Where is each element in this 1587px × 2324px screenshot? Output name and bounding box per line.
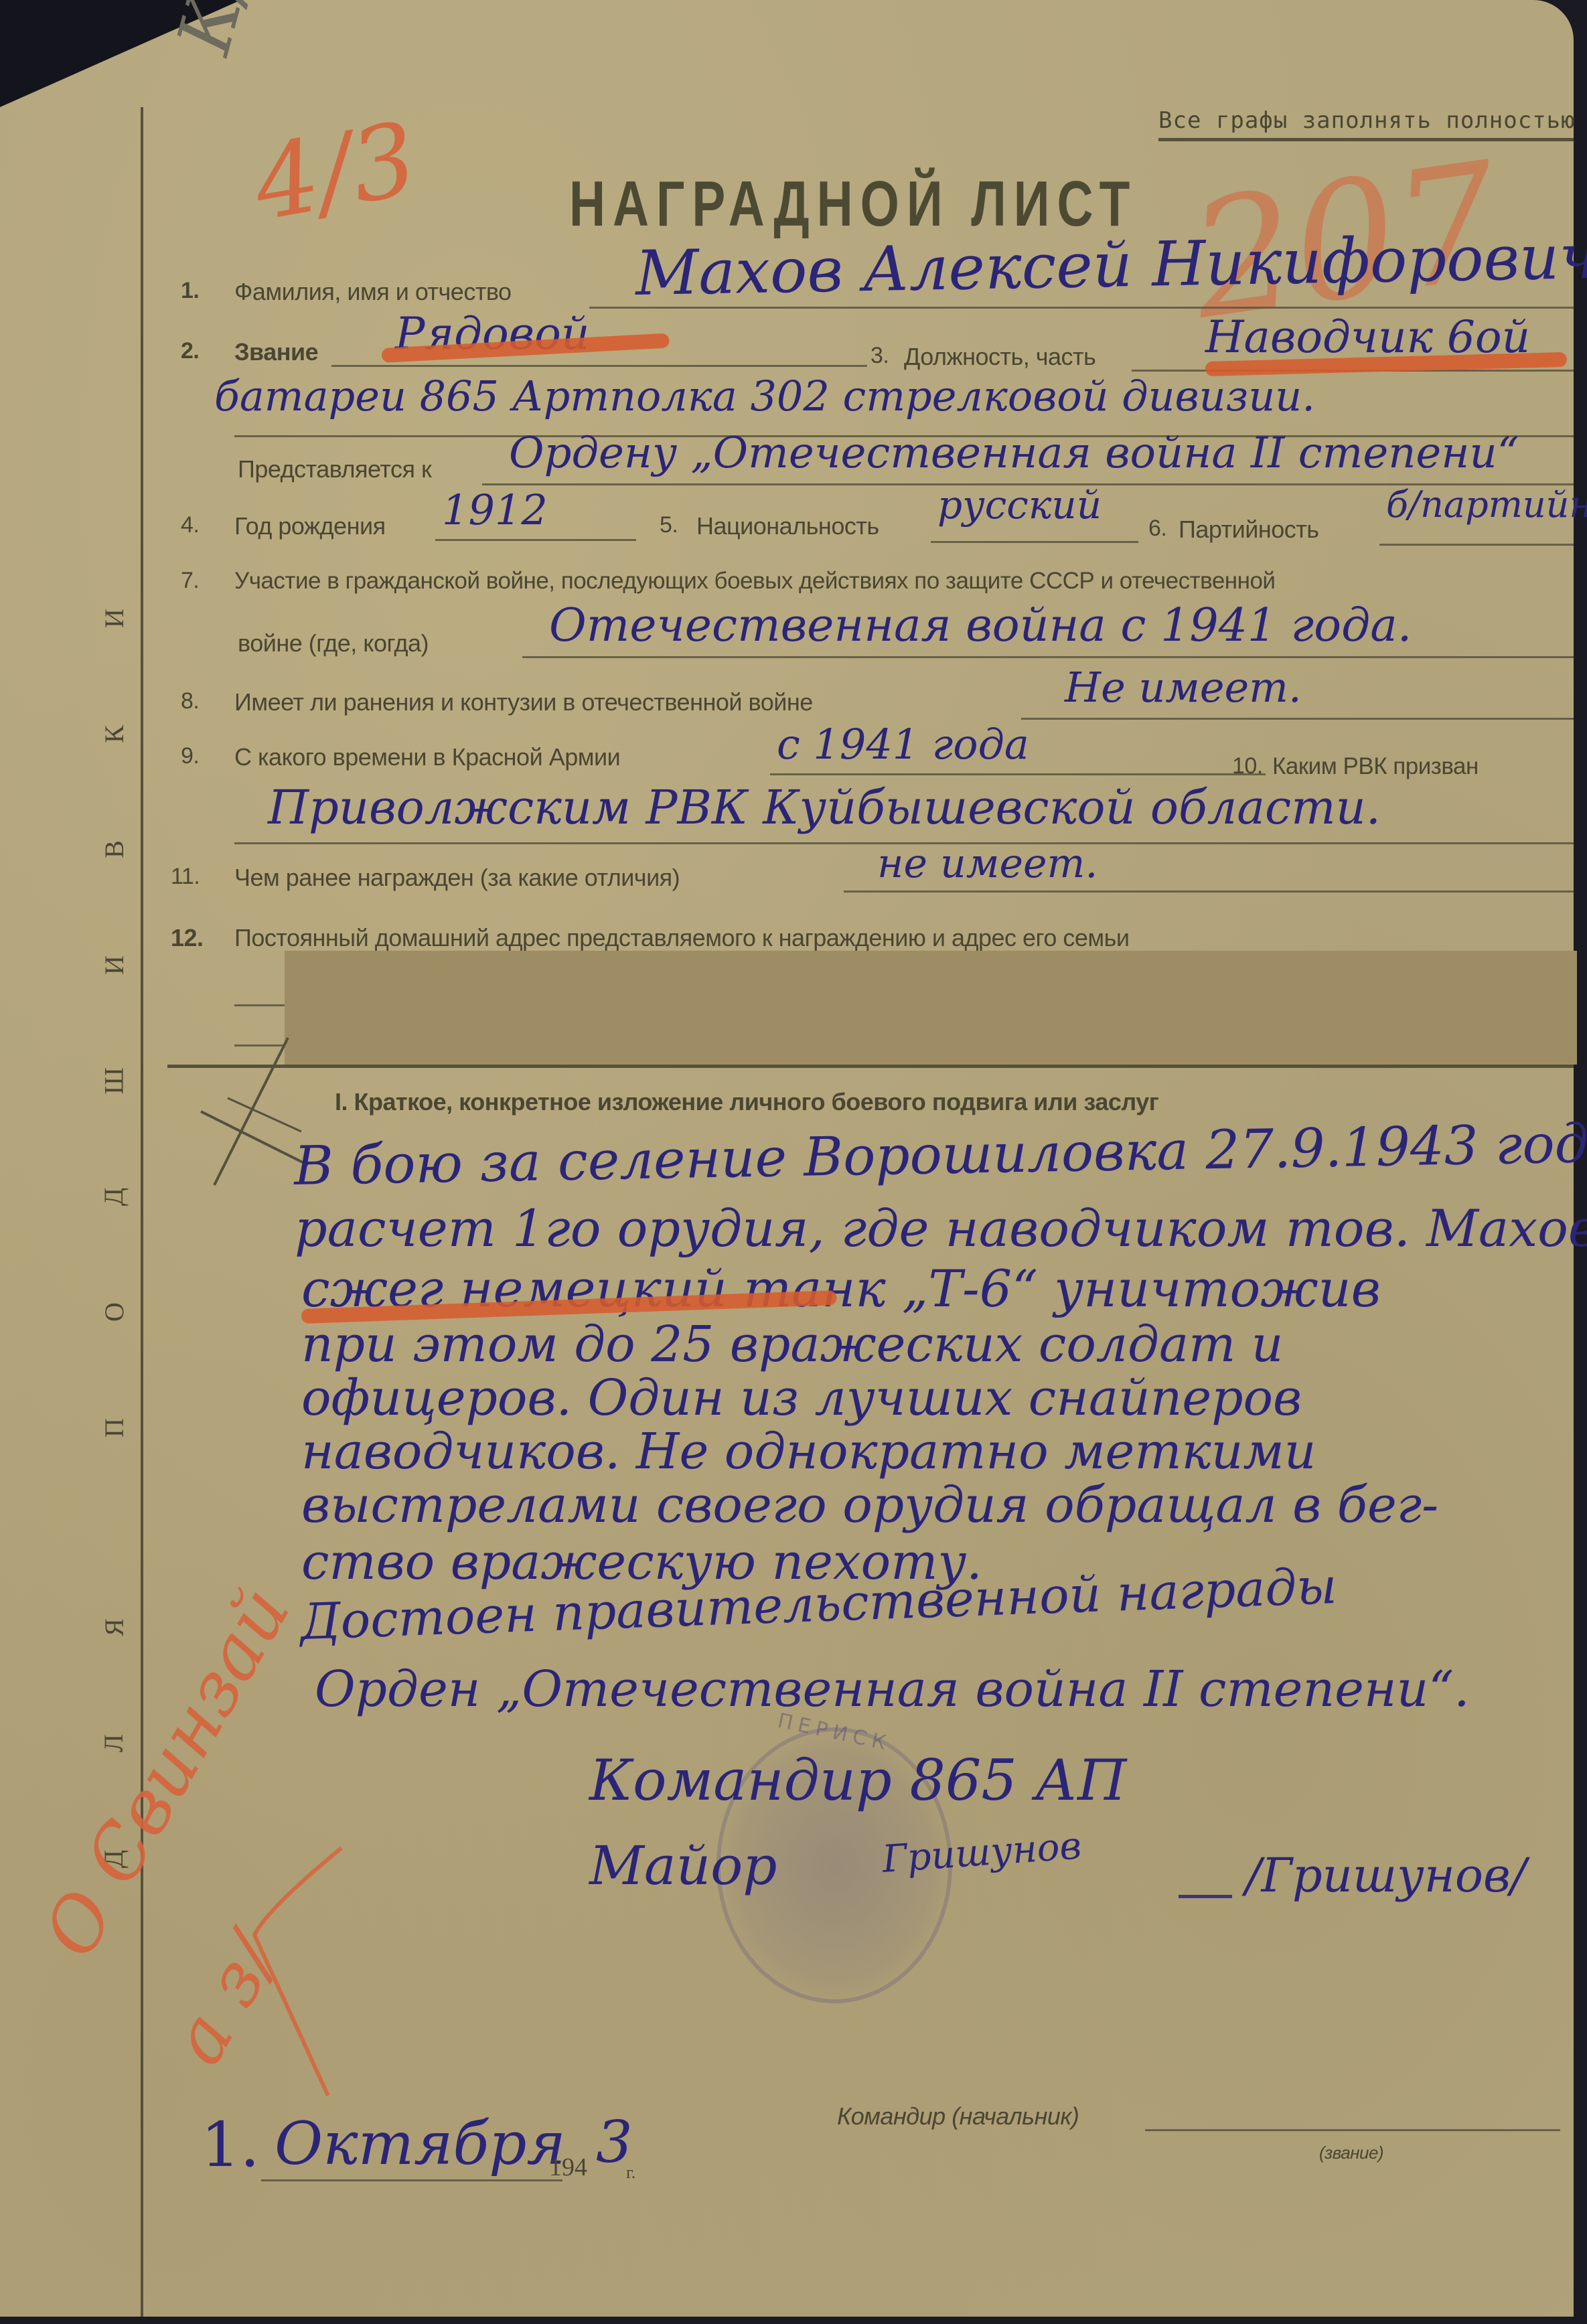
date-line xyxy=(261,2179,562,2181)
citation-line-10: Орден „Отечественная война II степени“. xyxy=(315,1660,1470,1718)
field-8-line xyxy=(1021,718,1574,720)
field-10-number: 10. xyxy=(1232,753,1263,779)
field-8-value[interactable]: Не имеет. xyxy=(1065,663,1302,712)
date-year-prefix: 194 xyxy=(549,2153,587,2182)
commander-line xyxy=(1145,2129,1560,2131)
field-7-label-continued: войне (где, когда) xyxy=(238,629,429,657)
signature-dash xyxy=(1179,1895,1232,1898)
margin-binding-line xyxy=(141,107,143,2317)
field-5-number: 5. xyxy=(660,512,678,538)
citation-line-7: выстрелами своего орудия обращал в бег- xyxy=(301,1476,1438,1534)
date-month[interactable]: Октября xyxy=(275,2109,566,2178)
citation-line-6: наводчиков. Не однократно меткими xyxy=(301,1423,1316,1480)
field-7-number: 7. xyxy=(181,568,199,594)
field-5-value[interactable]: русский xyxy=(937,482,1102,528)
field-2-number: 2. xyxy=(181,338,199,364)
instruction-underline xyxy=(1158,138,1574,141)
citation-line-2: расчет 1го орудия, где наводчиком тов. М… xyxy=(295,1198,1587,1258)
field-6-number: 6. xyxy=(1148,516,1166,542)
field-6-label: Партийность xyxy=(1179,516,1318,544)
field-8-number: 8. xyxy=(181,688,199,714)
signature-title: Командир 865 АП xyxy=(589,1748,1126,1813)
nominated-value[interactable]: Ордену „Отечественная война II степени“ xyxy=(509,429,1519,478)
field-12-label: Постоянный домашний адрес представляемог… xyxy=(234,924,1130,952)
signature-name: /Гришунов/ xyxy=(1245,1848,1526,1903)
instruction-text: Все графы заполнять полностью xyxy=(1158,107,1576,134)
field-12-line-1 xyxy=(234,1004,288,1006)
margin-binding-label: Д Л Я П О Д Ш И В К И xyxy=(94,603,134,1875)
citation-line-5: офицеров. Один из лучших снайперов xyxy=(301,1369,1302,1427)
red-pencil-stroke xyxy=(228,1835,362,2102)
field-6-value[interactable]: б/партийный xyxy=(1386,483,1587,526)
field-12-number: 12. xyxy=(171,924,204,952)
field-4-line xyxy=(435,539,636,541)
section-divider xyxy=(167,1065,1574,1068)
field-11-value[interactable]: не имеет. xyxy=(877,840,1098,887)
field-9-label: С какого времени в Красной Армии xyxy=(234,743,620,771)
signature-rank: Майор xyxy=(589,1835,777,1897)
field-9-number: 9. xyxy=(181,743,199,769)
field-11-number: 11. xyxy=(171,864,200,890)
field-7-label: Участие в гражданской войне, последующих… xyxy=(234,568,1275,595)
field-2-label: Звание xyxy=(234,338,318,366)
field-7-line xyxy=(522,656,1574,658)
field-4-label: Год рождения xyxy=(234,512,386,540)
field-11-label: Чем ранее награжден (за какие отличия) xyxy=(234,864,680,892)
field-2-line xyxy=(331,365,867,367)
field-3-value-continued[interactable]: батареи 865 Артполка 302 стрелковой диви… xyxy=(214,372,1315,420)
field-3-label: Должность, часть xyxy=(904,343,1095,371)
citation-line-4: при этом до 25 вражеских солдат и xyxy=(301,1316,1283,1373)
date-day[interactable]: 1. xyxy=(201,2109,260,2181)
nominated-label: Представляется к xyxy=(238,455,431,483)
field-5-label: Национальность xyxy=(696,512,879,540)
field-7-value[interactable]: Отечественная война с 1941 года. xyxy=(549,599,1412,652)
commander-label: Командир (начальник) xyxy=(837,2102,1079,2131)
field-4-value[interactable]: 1912 xyxy=(442,485,548,534)
field-11-line xyxy=(844,890,1574,893)
field-10-label: Каким РВК призван xyxy=(1272,753,1479,780)
field-3-number: 3. xyxy=(871,343,889,369)
field-6-line xyxy=(1379,544,1574,546)
field-10-value[interactable]: Приволжским РВК Куйбышевской области. xyxy=(268,780,1381,835)
date-year-g: г. xyxy=(626,2163,635,2183)
redacted-address-block xyxy=(285,951,1577,1065)
field-1-label: Фамилия, имя и отчество xyxy=(234,278,512,306)
field-5-line xyxy=(931,541,1138,543)
field-9-value[interactable]: с 1941 года xyxy=(777,720,1029,769)
rank-label: (звание) xyxy=(1319,2143,1383,2163)
field-8-label: Имеет ли ранения и контузии в отечествен… xyxy=(234,688,813,716)
field-1-number: 1. xyxy=(181,278,199,304)
field-4-number: 4. xyxy=(181,512,199,538)
section-1-heading: I. Краткое, конкретное изложение личного… xyxy=(335,1088,1158,1116)
field-9-line xyxy=(770,773,1266,775)
